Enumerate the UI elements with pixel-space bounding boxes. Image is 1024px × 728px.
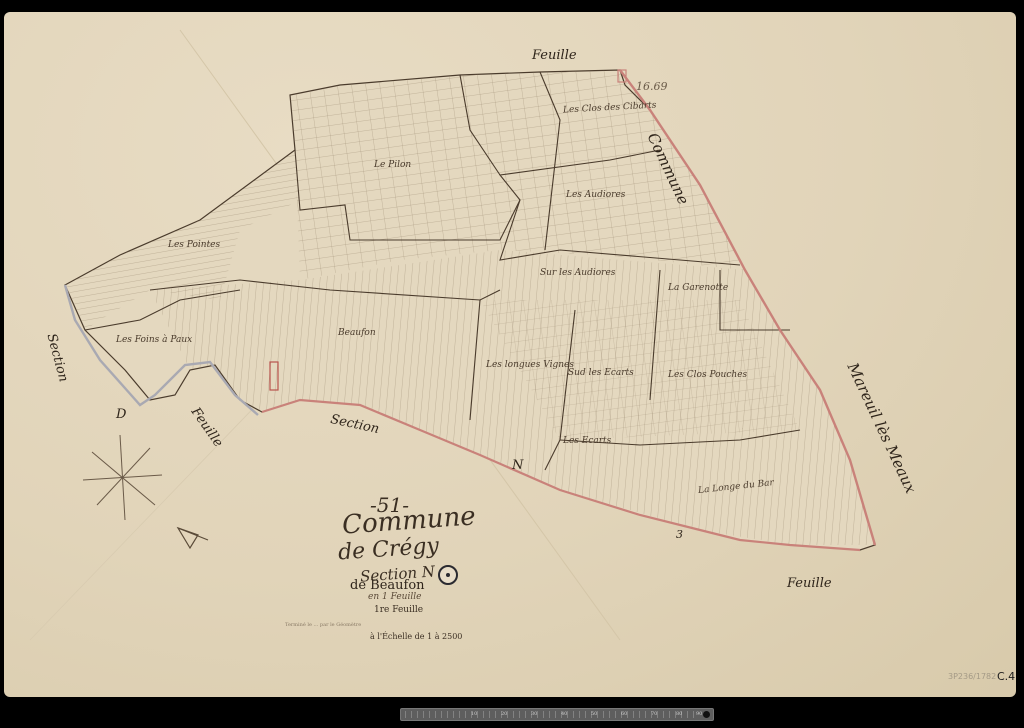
margin-label-section-letter-n: N: [512, 458, 523, 473]
ruler-mark: 70: [651, 711, 657, 717]
corner-annotation: 16.69: [636, 80, 668, 93]
locality-label: La Garenotte: [668, 283, 728, 293]
locality-label: Beaufon: [338, 328, 376, 338]
locality-label: Les Audiores: [566, 190, 625, 200]
ruler-mark: 80: [676, 711, 682, 717]
title-scale: à l'Échelle de 1 à 2500: [370, 632, 462, 641]
ruler-mark: 40: [561, 711, 567, 717]
measurement-ruler: 10 20 30 40 50 60 70 80 90: [400, 708, 714, 721]
locality-label: Les Ecarts: [563, 436, 611, 446]
ruler-mark: 90: [696, 711, 702, 717]
archive-reference: 3P236/1782: [948, 672, 996, 681]
ruler-mark: 10: [471, 711, 477, 717]
title-surveyor-note: Terminé le ... par le Géomètre: [285, 622, 361, 628]
archive-stamp-icon: [438, 565, 458, 585]
sheet-code: C.4: [997, 670, 1015, 683]
margin-label-section-letter-d: D: [116, 407, 126, 422]
ruler-mark: 20: [501, 711, 507, 717]
title-sheet-number: 1re Feuille: [374, 605, 423, 615]
ruler-mark: 30: [531, 711, 537, 717]
title-section-name: de Beaufon: [350, 578, 425, 593]
locality-label: Le Pilon: [374, 160, 411, 170]
ruler-hole: [703, 711, 710, 718]
north-arrow-icon: [178, 528, 208, 548]
margin-label-feuille-bottom: Feuille: [787, 576, 832, 591]
ruler-mark: 50: [591, 711, 597, 717]
locality-label: Les Foins à Paux: [116, 335, 192, 345]
locality-label: Sur les Audiores: [540, 268, 615, 278]
margin-label-feuille-top: Feuille: [532, 48, 577, 63]
title-sheet-count: en 1 Feuille: [368, 592, 421, 602]
locality-label: Sud les Ecarts: [568, 368, 634, 378]
compass-rose-icon: [83, 435, 162, 520]
margin-mark: 3: [676, 528, 683, 541]
locality-label: Les Pointes: [168, 240, 220, 250]
locality-label: Les Clos Pouches: [668, 370, 747, 380]
locality-label: Les longues Vignes: [486, 360, 574, 370]
ruler-mark: 60: [621, 711, 627, 717]
